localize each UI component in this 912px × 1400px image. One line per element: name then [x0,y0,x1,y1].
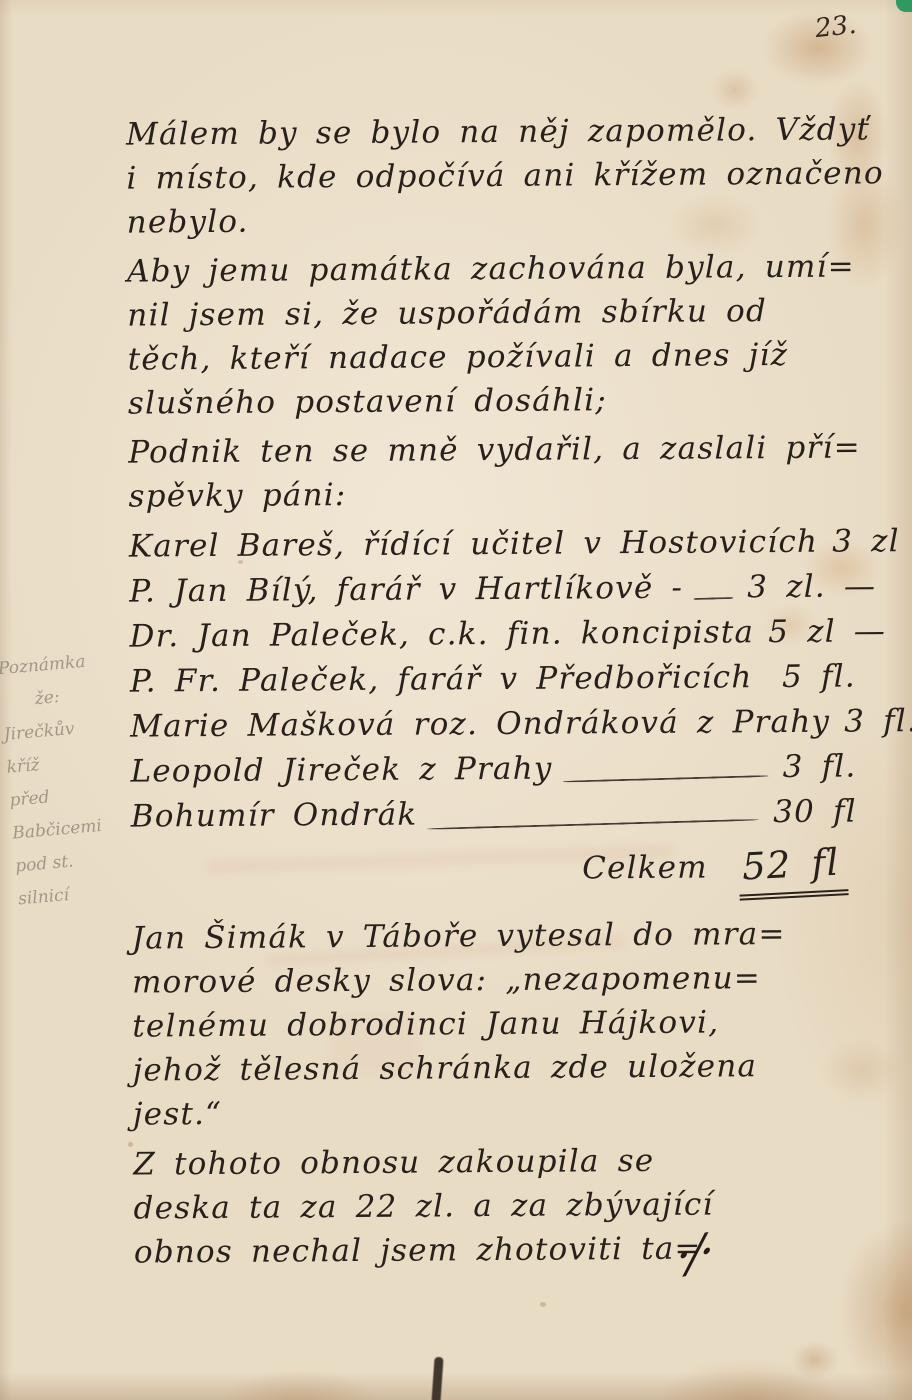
text-line: Z tohoto obnosu zakoupila se [133,1137,869,1186]
continuation-mark: ·/· [674,1222,712,1286]
contribution-row: P. Fr. Paleček, farář v Předbořicích 5 f… [130,654,866,704]
text-line: morové desky slova: „nezapomenu= [132,955,868,1004]
text-line: Málem by se bylo na něj zapomělo. Vždyť [126,107,862,156]
contribution-list: Karel Bareš, řídící učitel v Hostovicích… [129,519,867,839]
contribution-row: P. Jan Bílý, farář v Hartlíkově - 3 zl. … [129,564,865,614]
text-line: jest.“ [133,1087,869,1136]
contribution-amount: 3 fl. [844,699,912,745]
contribution-amount: 30 fl [773,789,857,835]
dash-leader [427,822,759,824]
contribution-amount: 3 zl — [832,519,912,565]
text-line: slušného postavení dosáhli; [128,376,864,425]
contributor-name: Bohumír Ondrák [131,793,418,840]
paper-speck [540,1302,546,1307]
binding-thread-mark [431,1357,443,1400]
contributor-name: Leopold Jireček z Prahy [130,747,552,795]
dash-leader [563,777,769,778]
text-line: telnému dobrodinci Janu Hájkovi, [132,999,868,1048]
text-line: i místo, kde odpočívá ani křížem označen… [126,151,862,200]
contributor-name: Dr. Jan Paleček, c.k. fin. koncipista [129,610,754,659]
contribution-row: Dr. Jan Paleček, c.k. fin. koncipista 5 … [129,609,865,659]
paragraph-plaque-inscription: Jan Šimák v Táboře vytesal do mra= morov… [132,911,870,1136]
contribution-row: Leopold Jireček z Prahy 3 fl. [130,744,866,794]
text-line: Aby jemu památka zachována byla, umí= [127,244,863,293]
contributor-name: Karel Bareš, řídící učitel v Hostovicích [129,520,818,570]
contributor-name: P. Fr. Paleček, farář v Předbořicích [130,655,753,704]
text-line: deska ta za 22 zl. a za zbývající [133,1181,869,1230]
text-line: nebylo. [127,195,863,244]
text-line: jehož tělesná schránka zde uložena [132,1043,868,1092]
contributor-name: P. Jan Bílý, farář v Hartlíkově - [129,566,683,615]
contribution-amount: 3 fl. [783,744,857,790]
contribution-row: Bohumír Ondrák 30 fl [131,789,867,839]
handwritten-text-column: Málem by se bylo na něj zapomělo. Vždyť … [126,107,870,1279]
paragraph-collection-plan: Aby jemu památka zachována byla, umí= ni… [127,244,864,425]
contribution-amount: 5 fl. [782,655,856,701]
total-amount: 52 fl [736,836,848,900]
text-line: Podnik ten se mně vydařil, a zaslali pří… [128,425,864,474]
paragraph-contributions-heading: Podnik ten se mně vydařil, a zaslali pří… [128,425,865,518]
contribution-amount: 5 zl — [768,609,886,655]
page-number: 23. [813,10,857,44]
contribution-row: Marie Mašková roz. Ondráková z Prahy 3 f… [130,699,866,749]
contribution-row: Karel Bareš, řídící učitel v Hostovicích… [129,519,865,569]
paragraph-purchase: Z tohoto obnosu zakoupila se deska ta za… [133,1137,870,1274]
manuscript-page: 23. Poznámka že: Jirečkův kříž před Babč… [0,0,912,1400]
total-label: Celkem [582,842,708,895]
margin-note-pencil: Poznámka že: Jirečkův kříž před Babčicem… [0,644,131,917]
text-line: Jan Šimák v Táboře vytesal do mra= [132,911,868,960]
text-line: těch, kteří nadace požívali a dnes jíž [128,332,864,381]
text-line: obnos nechal jsem zhotoviti ta= [134,1225,870,1274]
contribution-total-row: Celkem 52 fl [131,838,867,902]
paragraph-intro: Málem by se bylo na něj zapomělo. Vždyť … [126,107,863,244]
text-line: nil jsem si, že uspořádám sbírku od [127,288,863,337]
text-line: spěvky páni: [128,469,864,518]
corner-speck [896,0,912,12]
contribution-amount: 3 zl. — [747,564,876,610]
contributor-name: Marie Mašková roz. Ondráková z Prahy [130,700,830,750]
